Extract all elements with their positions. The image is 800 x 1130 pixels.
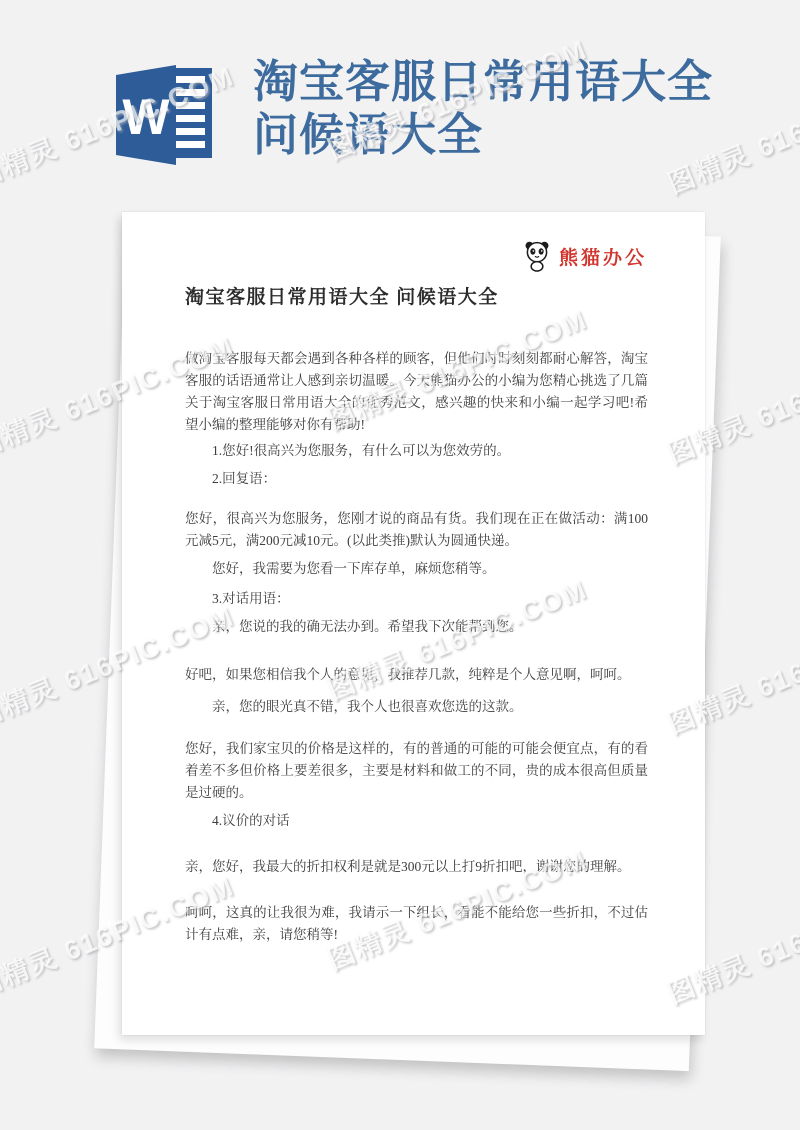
document-paragraph: 2.回复语： bbox=[185, 468, 648, 490]
document-paragraph: 您好，很高兴为您服务，您刚才说的商品有货。我们现在正在做活动：满100元减5元，… bbox=[185, 508, 648, 552]
word-document-icon: W bbox=[112, 64, 216, 166]
page: W 淘宝客服日常用语大全 问候语大全 熊猫办公 淘宝客服日常用语大全 问候语大全 bbox=[0, 0, 800, 1130]
document-paragraph: 1.您好!很高兴为您服务，有什么可以为您效劳的。 bbox=[185, 440, 648, 462]
page-title: 淘宝客服日常用语大全 问候语大全 bbox=[253, 56, 773, 162]
panda-office-logo: 熊猫办公 bbox=[521, 240, 647, 272]
document-paragraph: 做淘宝客服每天都会遇到各种各样的顾客，但他们时时刻刻都耐心解答，淘宝客服的话语通… bbox=[185, 348, 648, 436]
document-paragraph: 亲，您的眼光真不错，我个人也很喜欢您选的这款。 bbox=[185, 696, 648, 718]
document-paragraph: 好吧，如果您相信我个人的意见，我推荐几款，纯粹是个人意见啊，呵呵。 bbox=[185, 664, 648, 686]
document-page: 熊猫办公 淘宝客服日常用语大全 问候语大全 做淘宝客服每天都会遇到各种各样的顾客… bbox=[122, 212, 705, 1035]
page-title-line2: 问候语大全 bbox=[253, 109, 773, 162]
document-title: 淘宝客服日常用语大全 问候语大全 bbox=[185, 285, 648, 311]
page-title-line1: 淘宝客服日常用语大全 bbox=[253, 56, 773, 109]
header: W 淘宝客服日常用语大全 问候语大全 bbox=[0, 0, 800, 200]
document-paragraph: 呵呵，这真的让我很为难，我请示一下组长，看能不能给您一些折扣，不过估计有点难，亲… bbox=[185, 902, 648, 946]
document-paragraph: 亲，您好，我最大的折扣权利是就是300元以上打9折扣吧，谢谢您的理解。 bbox=[185, 856, 648, 878]
panda-icon bbox=[521, 240, 553, 272]
document-paragraph: 4.议价的对话 bbox=[185, 810, 648, 832]
document-body: 做淘宝客服每天都会遇到各种各样的顾客，但他们时时刻刻都耐心解答，淘宝客服的话语通… bbox=[185, 348, 648, 946]
document-paragraph: 3.对话用语： bbox=[185, 588, 648, 610]
logo-text: 熊猫办公 bbox=[559, 243, 647, 270]
document-paragraph: 您好，我们家宝贝的价格是这样的，有的普通的可能的可能会便宜点，有的看着差不多但价… bbox=[185, 738, 648, 804]
svg-text:W: W bbox=[122, 89, 170, 145]
document-paragraph: 亲，您说的我的确无法办到。希望我下次能帮到您。 bbox=[185, 616, 648, 638]
document-paragraph: 您好，我需要为您看一下库存单，麻烦您稍等。 bbox=[185, 558, 648, 580]
